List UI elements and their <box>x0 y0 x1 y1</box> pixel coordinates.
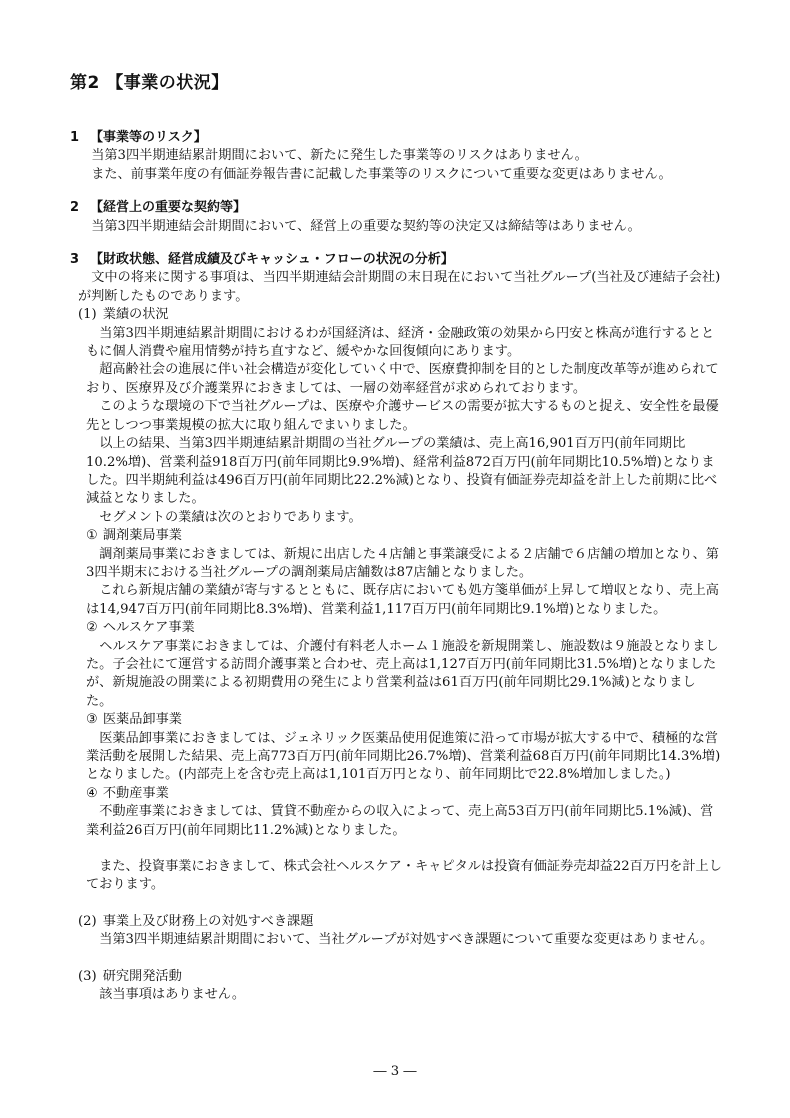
segment-heading: ①調剤薬局事業 <box>86 527 722 545</box>
subsection-heading: (3)研究開発活動 <box>78 968 722 986</box>
subsection-title: 業績の状況 <box>103 307 169 322</box>
section-number: 1 <box>70 129 90 147</box>
paragraph: 当第3四半期連結会計期間において、経営上の重要な契約等の決定又は締結等はありませ… <box>78 218 722 236</box>
paragraph: セグメントの業績は次のとおりであります。 <box>86 509 722 527</box>
section-financial-analysis: 3【財政状態、経営成績及びキャッシュ・フローの状況の分析】 文中の将来に関する事… <box>70 251 722 1004</box>
section-body: 当第3四半期連結会計期間において、経営上の重要な契約等の決定又は締結等はありませ… <box>78 218 722 236</box>
paragraph: これら新規店舗の業績が寄与するとともに、既存店においても処方箋単価が上昇して増収… <box>86 582 722 619</box>
section-heading: 2【経営上の重要な契約等】 <box>70 199 722 217</box>
paragraph: 調剤薬局事業におきましては、新規に出店した４店舗と事業譲受による２店舗で６店舗の… <box>86 546 722 583</box>
segment-heading: ②ヘルスケア事業 <box>86 619 722 637</box>
segment-real-estate: ④不動産事業 不動産事業におきましては、賃貸不動産からの収入によって、売上高53… <box>86 785 722 840</box>
subsection-results: (1)業績の状況 当第3四半期連結累計期間におけるわが国経済は、経済・金融政策の… <box>78 306 722 895</box>
page-content: 第2 【事業の状況】 1【事業等のリスク】 当第3四半期連結累計期間において、新… <box>0 0 790 1004</box>
segment-name: 不動産事業 <box>103 786 169 801</box>
page-number: ― 3 ― <box>0 1063 790 1081</box>
segment-marker: ④ <box>86 786 98 801</box>
paragraph: また、投資事業におきまして、株式会社ヘルスケア・キャピタルは投資有価証券売却益2… <box>86 858 722 895</box>
subsection-body: 当第3四半期連結累計期間におけるわが国経済は、経済・金融政策の効果から円安と株高… <box>86 325 722 895</box>
section-title: 【事業等のリスク】 <box>90 130 207 145</box>
paragraph: 以上の結果、当第3四半期連結累計期間の当社グループの業績は、売上高16,901百… <box>86 435 722 509</box>
subsection-label: (3) <box>78 969 97 984</box>
paragraph: 当第3四半期連結累計期間におけるわが国経済は、経済・金融政策の効果から円安と株高… <box>86 325 722 362</box>
segment-name: 医薬品卸事業 <box>103 712 182 727</box>
subsection-body: 該当事項はありません。 <box>86 986 722 1004</box>
segment-heading: ④不動産事業 <box>86 785 722 803</box>
segment-marker: ① <box>86 528 98 543</box>
subsection-title: 研究開発活動 <box>103 969 182 984</box>
segment-marker: ③ <box>86 712 98 727</box>
section-number: 2 <box>70 199 90 217</box>
paragraph: ヘルスケア事業におきましては、介護付有料老人ホーム１施設を新規開業し、施設数は９… <box>86 638 722 712</box>
paragraph: 当第3四半期連結累計期間において、当社グループが対処すべき課題について重要な変更… <box>86 931 722 949</box>
segment-healthcare: ②ヘルスケア事業 ヘルスケア事業におきましては、介護付有料老人ホーム１施設を新規… <box>86 619 722 711</box>
section-number: 3 <box>70 251 90 269</box>
paragraph: 該当事項はありません。 <box>86 986 722 1004</box>
segment-heading: ③医薬品卸事業 <box>86 711 722 729</box>
section-heading: 1【事業等のリスク】 <box>70 129 722 147</box>
section-heading: 3【財政状態、経営成績及びキャッシュ・フローの状況の分析】 <box>70 251 722 269</box>
paragraph: このような環境の下で当社グループは、医療や介護サービスの需要が拡大するものと捉え… <box>86 398 722 435</box>
segment-name: ヘルスケア事業 <box>103 620 195 635</box>
segment-pharmacy: ①調剤薬局事業 調剤薬局事業におきましては、新規に出店した４店舗と事業譲受による… <box>86 527 722 619</box>
section-business-risks: 1【事業等のリスク】 当第3四半期連結累計期間において、新たに発生した事業等のリ… <box>70 129 722 184</box>
section-body: 文中の将来に関する事項は、当四半期連結会計期間の末日現在において当社グループ(当… <box>78 269 722 1004</box>
subsection-rnd: (3)研究開発活動 該当事項はありません。 <box>78 968 722 1005</box>
paragraph: 不動産事業におきましては、賃貸不動産からの収入によって、売上高53百万円(前年同… <box>86 803 722 840</box>
section-body: 当第3四半期連結累計期間において、新たに発生した事業等のリスクはありません。 ま… <box>78 147 722 184</box>
segment-pharma-wholesale: ③医薬品卸事業 医薬品卸事業におきましては、ジェネリック医薬品使用促進策に沿って… <box>86 711 722 785</box>
section-important-contracts: 2【経営上の重要な契約等】 当第3四半期連結会計期間において、経営上の重要な契約… <box>70 199 722 236</box>
paragraph: 文中の将来に関する事項は、当四半期連結会計期間の末日現在において当社グループ(当… <box>78 269 722 306</box>
section-title: 【財政状態、経営成績及びキャッシュ・フローの状況の分析】 <box>90 252 454 267</box>
subsection-label: (1) <box>78 307 97 322</box>
report-page: 第2 【事業の状況】 1【事業等のリスク】 当第3四半期連結累計期間において、新… <box>0 0 790 1118</box>
subsection-label: (2) <box>78 914 97 929</box>
subsection-title: 事業上及び財務上の対処すべき課題 <box>103 914 314 929</box>
segment-name: 調剤薬局事業 <box>103 528 182 543</box>
paragraph: 医薬品卸事業におきましては、ジェネリック医薬品使用促進策に沿って市場が拡大する中… <box>86 730 722 785</box>
paragraph: 超高齢社会の進展に伴い社会構造が変化していく中で、医療費抑制を目的とした制度改革… <box>86 361 722 398</box>
subsection-heading: (1)業績の状況 <box>78 306 722 324</box>
segment-marker: ② <box>86 620 98 635</box>
subsection-heading: (2)事業上及び財務上の対処すべき課題 <box>78 913 722 931</box>
paragraph: また、前事業年度の有価証券報告書に記載した事業等のリスクについて重要な変更はあり… <box>78 166 722 184</box>
section-title: 【経営上の重要な契約等】 <box>90 200 246 215</box>
chapter-title: 第2 【事業の状況】 <box>70 72 722 94</box>
subsection-issues: (2)事業上及び財務上の対処すべき課題 当第3四半期連結累計期間において、当社グ… <box>78 913 722 950</box>
subsection-body: 当第3四半期連結累計期間において、当社グループが対処すべき課題について重要な変更… <box>86 931 722 949</box>
paragraph: 当第3四半期連結累計期間において、新たに発生した事業等のリスクはありません。 <box>78 147 722 165</box>
